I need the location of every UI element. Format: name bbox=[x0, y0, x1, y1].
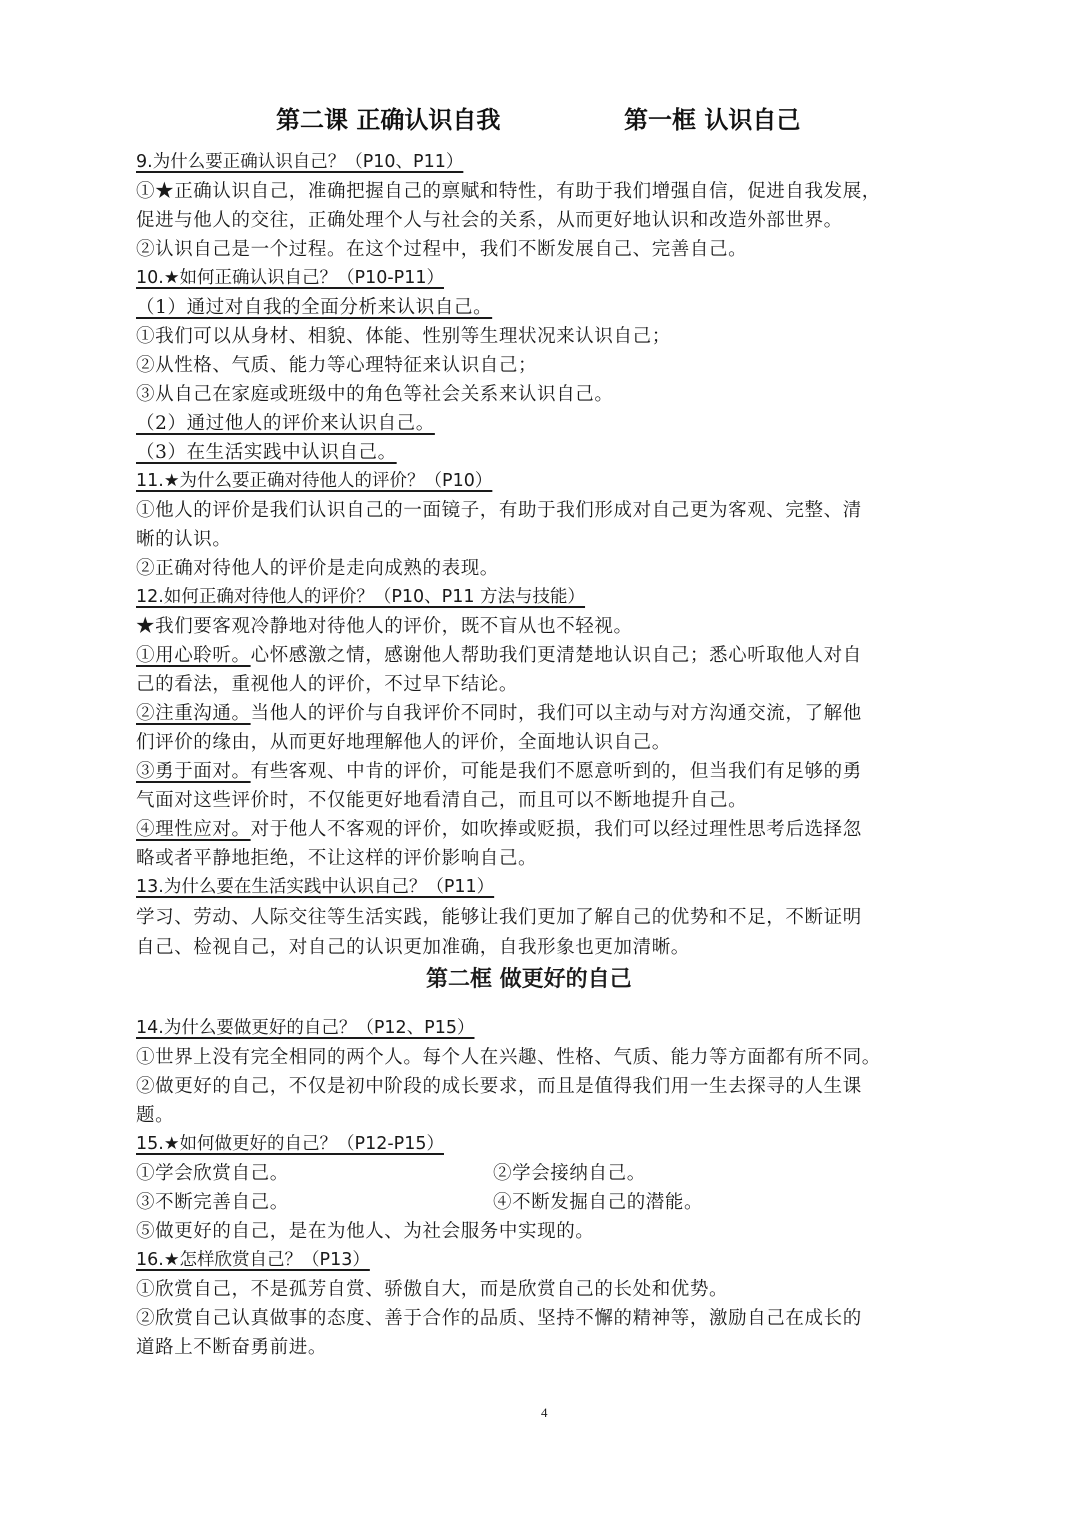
q14-title: 14.为什么要做更好的自己？（P12、P15） bbox=[136, 1014, 474, 1043]
q15-item: ②学会接纳自己。 bbox=[493, 1159, 646, 1188]
q16-line: ①欣赏自己，不是孤芳自赏、骄傲自大，而是欣赏自己的长处和优势。 bbox=[136, 1275, 728, 1304]
q12-point-cont: 们评价的缘由，从而更好地理解他人的评价，全面地认识自己。 bbox=[136, 728, 671, 757]
q12-point: ③勇于面对。有些客观、中肯的评价，可能是我们不愿意听到的，但当我们有足够的勇 bbox=[136, 757, 862, 786]
q12-intro: ★我们要客观冷静地对待他人的评价，既不盲从也不轻视。 bbox=[136, 612, 633, 641]
q13-title: 13.为什么要在生活实践中认识自己？（P11） bbox=[136, 873, 494, 902]
point-head: ①用心聆听。 bbox=[136, 645, 251, 666]
point-text: 有些客观、中肯的评价，可能是我们不愿意听到的，但当我们有足够的勇 bbox=[251, 761, 862, 782]
q11-title: 11.★为什么要正确对待他人的评价？（P10） bbox=[136, 467, 492, 496]
q13-line: 自己、检视自己，对自己的认识更加准确，自我形象也更加清晰。 bbox=[136, 933, 690, 962]
lesson-title: 第二课 正确认识自我 bbox=[276, 100, 500, 135]
q15-item: ④不断发掘自己的潜能。 bbox=[493, 1188, 703, 1217]
title-row: 第二课 正确认识自我 第一框 认识自己 bbox=[136, 100, 951, 140]
q16-line: ②欣赏自己认真做事的态度、善于合作的品质、坚持不懈的精神等，激励自己在成长的 bbox=[136, 1304, 862, 1333]
q10-sub1: （1）通过对自我的全面分析来认识自己。 bbox=[136, 293, 492, 322]
q9-title: 9.为什么要正确认识自己？（P10、P11） bbox=[136, 148, 463, 177]
q16-title: 16.★怎样欣赏自己？（P13） bbox=[136, 1246, 370, 1275]
frame2-title: 第二框 做更好的自己 bbox=[426, 962, 632, 993]
q14-line: 题。 bbox=[136, 1101, 174, 1130]
q11-line: 晰的认识。 bbox=[136, 525, 232, 554]
q9-line: ②认识自己是一个过程。在这个过程中，我们不断发展自己、完善自己。 bbox=[136, 235, 747, 264]
point-head: ②注重沟通。 bbox=[136, 703, 251, 724]
q10-sub2: （2）通过他人的评价来认识自己。 bbox=[136, 409, 435, 438]
q15-item: ⑤做更好的自己，是在为他人、为社会服务中实现的。 bbox=[136, 1217, 594, 1246]
q10-title: 10.★如何正确认识自己？（P10-P11） bbox=[136, 264, 444, 293]
q12-point-cont: 己的看法，重视他人的评价，不过早下结论。 bbox=[136, 670, 518, 699]
q12-point-cont: 略或者平静地拒绝，不让这样的评价影响自己。 bbox=[136, 844, 537, 873]
q11-line: ②正确对待他人的评价是走向成熟的表现。 bbox=[136, 554, 499, 583]
page-number: 4 bbox=[541, 1405, 548, 1421]
q9-line: 促进与他人的交往，正确处理个人与社会的关系，从而更好地认识和改造外部世界。 bbox=[136, 206, 843, 235]
point-head: ③勇于面对。 bbox=[136, 761, 251, 782]
point-text: 当他人的评价与自我评价不同时，我们可以主动与对方沟通交流，了解他 bbox=[251, 703, 862, 724]
q10-line: ③从自己在家庭或班级中的角色等社会关系来认识自己。 bbox=[136, 380, 614, 409]
q12-point: ④理性应对。对于他人不客观的评价，如吹捧或贬损，我们可以经过理性思考后选择忽 bbox=[136, 815, 862, 844]
q15-item: ①学会欣赏自己。 bbox=[136, 1159, 289, 1188]
q10-line: ②从性格、气质、能力等心理特征来认识自己； bbox=[136, 351, 537, 380]
q9-line: ①★正确认识自己，准确把握自己的禀赋和特性，有助于我们增强自信，促进自我发展， bbox=[136, 177, 881, 206]
point-head: ④理性应对。 bbox=[136, 819, 251, 840]
q15-item: ③不断完善自己。 bbox=[136, 1188, 289, 1217]
q14-line: ②做更好的自己，不仅是初中阶段的成长要求，而且是值得我们用一生去探寻的人生课 bbox=[136, 1072, 862, 1101]
q13-line: 学习、劳动、人际交往等生活实践，能够让我们更加了解自己的优势和不足，不断证明 bbox=[136, 903, 862, 932]
q12-point-cont: 气面对这些评价时，不仅能更好地看清自己，而且可以不断地提升自己。 bbox=[136, 786, 747, 815]
q11-line: ①他人的评价是我们认识自己的一面镜子，有助于我们形成对自己更为客观、完整、清 bbox=[136, 496, 862, 525]
q10-line: ①我们可以从身材、相貌、体能、性别等生理状况来认识自己； bbox=[136, 322, 671, 351]
frame1-title: 第一框 认识自己 bbox=[624, 100, 800, 135]
q15-title: 15.★如何做更好的自己？（P12-P15） bbox=[136, 1130, 444, 1159]
q14-line: ①世界上没有完全相同的两个人。每个人在兴趣、性格、气质、能力等方面都有所不同。 bbox=[136, 1043, 881, 1072]
point-text: 对于他人不客观的评价，如吹捧或贬损，我们可以经过理性思考后选择忽 bbox=[251, 819, 862, 840]
q12-point: ①用心聆听。心怀感激之情，感谢他人帮助我们更清楚地认识自己；悉心听取他人对自 bbox=[136, 641, 862, 670]
q16-line: 道路上不断奋勇前进。 bbox=[136, 1333, 327, 1362]
point-text: 心怀感激之情，感谢他人帮助我们更清楚地认识自己；悉心听取他人对自 bbox=[251, 645, 862, 666]
q12-title: 12.如何正确对待他人的评价？（P10、P11 方法与技能） bbox=[136, 583, 585, 612]
q12-point: ②注重沟通。当他人的评价与自我评价不同时，我们可以主动与对方沟通交流，了解他 bbox=[136, 699, 862, 728]
q10-sub3: （3）在生活实践中认识自己。 bbox=[136, 438, 397, 467]
